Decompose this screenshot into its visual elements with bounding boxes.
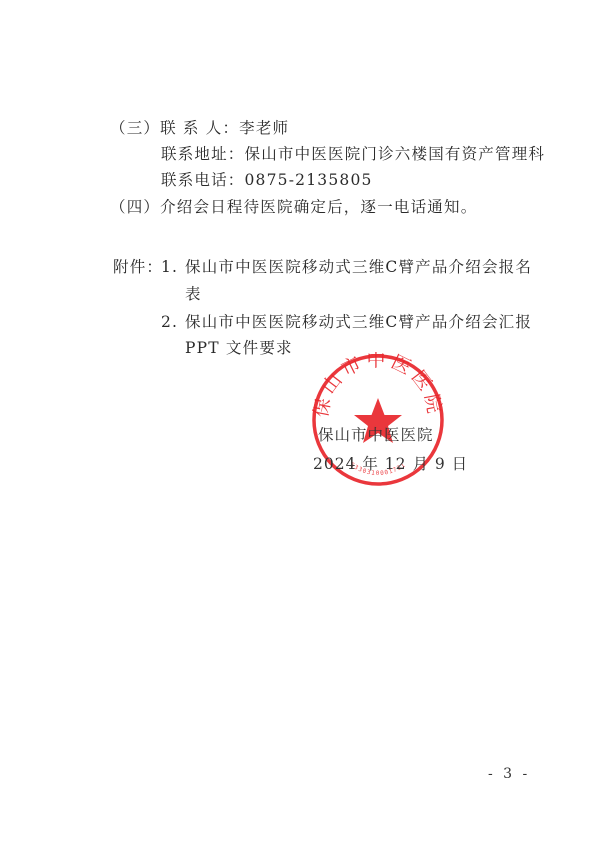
attachments-label: 附件：: [113, 257, 163, 277]
attachment-1-title-cont: 表: [185, 284, 202, 304]
attachment-2-title-cont: PPT 文件要求: [185, 338, 293, 358]
attachment-2-title: 保山市中医医院移动式三维C臂产品介绍会汇报: [185, 312, 532, 332]
attachment-1-number: 1.: [161, 257, 178, 277]
contact-phone-line: 联系电话：0875-2135805: [161, 170, 373, 190]
attachment-1-title: 保山市中医医院移动式三维C臂产品介绍会报名: [185, 257, 532, 277]
signature-date: 2024 年 12 月 9 日: [313, 454, 468, 474]
contact-address-line: 联系地址：保山市中医医院门诊六楼国有资产管理科: [161, 144, 545, 164]
signature-org: 保山市中医医院: [318, 425, 434, 445]
attachment-2-number: 2.: [161, 312, 178, 332]
page-number: - 3 -: [488, 766, 530, 782]
contact-person-line: （三）联 系 人：李老师: [110, 118, 289, 138]
schedule-notice-line: （四）介绍会日程待医院确定后，逐一电话通知。: [110, 197, 477, 217]
